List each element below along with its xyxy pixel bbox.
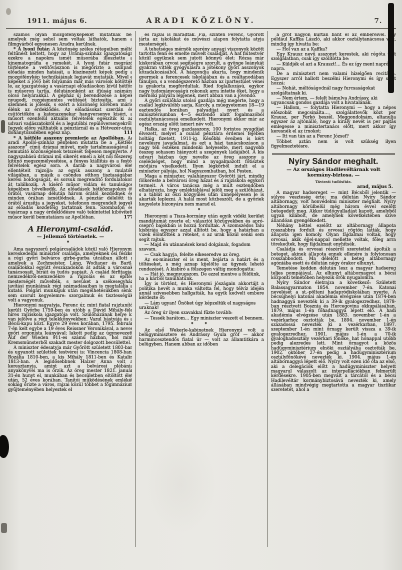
block-para: A miniszter édesatyja már Győrött szület… (8, 346, 132, 392)
block-dialog: — Majd én utánanézek kend dolgának, foga… (139, 243, 264, 252)
block-para: Ama nagyszerű polgárcsaládok közül való … (8, 247, 132, 303)
block-sep: * (139, 208, 264, 213)
column-divider-1 (135, 31, 136, 547)
block-para: Hieronymi a Tisza-kormány után egyik vid… (139, 215, 264, 243)
column-right: a gróf nagyon kurtán bánt el az embereiv… (271, 33, 396, 545)
page-header: 1911. május 6. ARADI KÖZLÖNY. 7. (8, 15, 394, 27)
column-middle: és rajzai is maradtak. Fia, szintén Fere… (139, 33, 264, 545)
block-para: Temetése kedden délután lesz a magyar ha… (271, 267, 396, 281)
block-para: Hieronymi nagyatyja, Ferenc úr, mint fia… (8, 304, 132, 346)
column-middle-text: és rajzai is maradtak. Fia, szintén Fere… (139, 33, 264, 347)
block-sep: * * (139, 322, 264, 327)
block-dialog: — Hát jó, megnyugszom. De ezzel mentve a… (139, 272, 264, 281)
scan-ink-dash (1, 523, 7, 533)
column-divider-2 (267, 31, 268, 547)
block-sub: — Az országos Hadilevéltárnak volt kormá… (278, 168, 389, 179)
block-sub: — Jellemző történetek. — (15, 234, 126, 239)
ad-lead: * A kétféle asszony premierje az Apollób… (14, 136, 128, 141)
block-para: Így is történt, és Hieronymi jószágain a… (139, 282, 264, 301)
newspaper-page: 1911. május 6. ARADI KÖZLÖNY. 7. számos … (0, 0, 402, 570)
block-dialog: — Küldjék el azt a Krauszt!… És ez így m… (271, 62, 396, 71)
scan-ink-speck (6, 8, 11, 15)
block-para: Többet aztán nem is volt szükség ilyen f… (271, 140, 396, 149)
block-para: Családja és orvosai részéről szeretettel… (271, 248, 396, 267)
scan-ink-dash (1, 120, 5, 133)
page-number: 7. (374, 17, 382, 25)
block-para: De a minisztert nem valami hízelgően rec… (271, 72, 396, 86)
block-para: és rajzai is maradtak. Fia, szintén Fere… (139, 33, 264, 47)
block-para: Maga a miniszter, valahányszor Győrött j… (139, 174, 264, 207)
block-para: Néhány héttel ezelőtt az altábornagy áll… (271, 224, 396, 247)
block-para: A magyar hadsereget — mint Bécsből jelen… (271, 191, 396, 224)
block-para: Az ex-miniszter el is ment, bejárta a ha… (139, 258, 264, 272)
block-sep: * (8, 241, 132, 246)
block-para: — Hallom, — folytatta Hieronymi — hogy a… (271, 106, 396, 134)
paper-title: ARADI KÖZLÖNY. (8, 16, 394, 25)
block-dialog: — Tessék barátom… Egy miniszter veszett … (139, 316, 264, 321)
block-para: A győri szülőház utolsó gazdája még megé… (139, 99, 264, 127)
block-para: A tehetséges mérnök szerény anyagi viszo… (139, 47, 264, 98)
block-para: Nyíry Sándor életrajza a következő: Szül… (271, 281, 396, 393)
block-para: a gróf nagyon kurtán bánt el az embereiv… (271, 33, 396, 47)
block-para: Egy Krausz nevű asszonyt kerestek, aki r… (271, 53, 396, 62)
block-dialog: — Nohát, méltóságodnál nagy furcsaságoka… (271, 87, 396, 96)
block-para: Halka, az öreg gazdasszony, 100 forintos… (139, 127, 264, 173)
block-ad: * A kétféle asszony premierje az Apollób… (8, 136, 132, 220)
block-ad: * A lyoni futár. A közönség széles réteg… (8, 47, 132, 135)
block-h-bold: Nyíry Sándor meghalt. (271, 158, 396, 167)
block-para: számos olyan mozgófényképeket mutatnak b… (8, 33, 132, 47)
block-note: Távirati tudósítás. (271, 180, 396, 185)
ad-number: 177 (118, 215, 132, 220)
block-h-italic: A Hieronymi-család. (8, 225, 132, 233)
column-left-text: számos olyan mozgófényképeket mutatnak b… (8, 33, 132, 392)
block-dialog: — Nem értem, — felelt bámulva Andrássy, … (271, 96, 396, 105)
block-rule (272, 154, 395, 155)
block-dialog: — Lám ugyan! Önöket úgy képzeltük el nag… (139, 301, 264, 310)
column-left: számos olyan mozgófényképeket mutatnak b… (8, 33, 132, 545)
scan-ink-bar (388, 3, 394, 93)
header-rule (6, 28, 396, 29)
column-right-text: a gróf nagyon kurtán bánt el az embereiv… (271, 33, 396, 393)
block-para: Az első Wekerle-kabinetnek Hieronymi vol… (139, 329, 264, 348)
block-dateline: arad, május 5. (271, 185, 393, 190)
ad-lead: * A lyoni futár. (14, 47, 53, 52)
